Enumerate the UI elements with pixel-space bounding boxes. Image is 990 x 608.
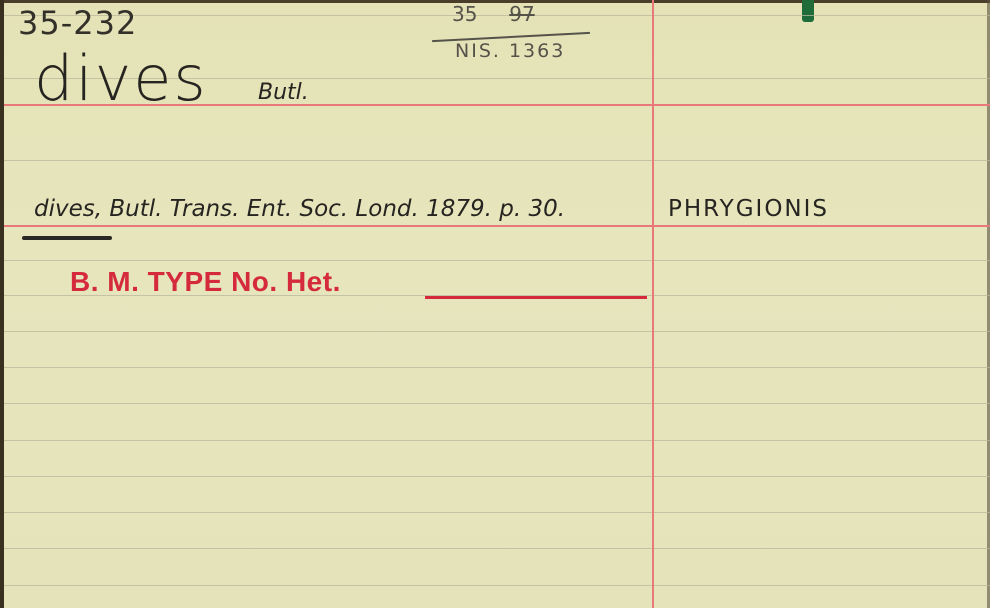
ruling-line xyxy=(4,403,990,404)
citation-species-name: dives, xyxy=(34,196,102,222)
citation-text: Butl. Trans. Ent. Soc. Lond. 1879. p. 30… xyxy=(109,196,565,222)
index-card: 35-232 35 97 NIS. 1363 dives Butl. dives… xyxy=(0,0,990,608)
reference-numerator: 35 97 xyxy=(452,2,535,26)
ruling-line xyxy=(4,160,990,161)
reference-denominator: NIS. 1363 xyxy=(455,40,565,62)
ruling-line xyxy=(4,440,990,441)
ruling-line xyxy=(4,512,990,513)
ruling-line xyxy=(4,367,990,368)
species-underline xyxy=(22,236,112,240)
green-tab-marker xyxy=(802,0,814,22)
species-name: dives xyxy=(34,42,208,115)
ruling-line xyxy=(4,476,990,477)
reference-number: 35 xyxy=(452,2,477,26)
ruling-line xyxy=(4,548,990,549)
genus-name: PHRYGIONIS xyxy=(668,196,829,222)
red-margin-rule xyxy=(652,0,654,608)
citation-line: dives, Butl. Trans. Ent. Soc. Lond. 1879… xyxy=(34,196,565,222)
ruling-line xyxy=(4,260,990,261)
ruling-line xyxy=(4,331,990,332)
bm-type-stamp: B. M. TYPE No. Het. xyxy=(70,266,341,298)
struck-reference-number: 97 xyxy=(509,2,534,26)
stamp-blank-line xyxy=(425,296,647,299)
ruling-line xyxy=(4,585,990,586)
species-author: Butl. xyxy=(258,80,309,105)
red-citation-rule xyxy=(4,225,990,227)
card-left-edge xyxy=(0,0,4,608)
accession-number: 35-232 xyxy=(18,4,137,42)
